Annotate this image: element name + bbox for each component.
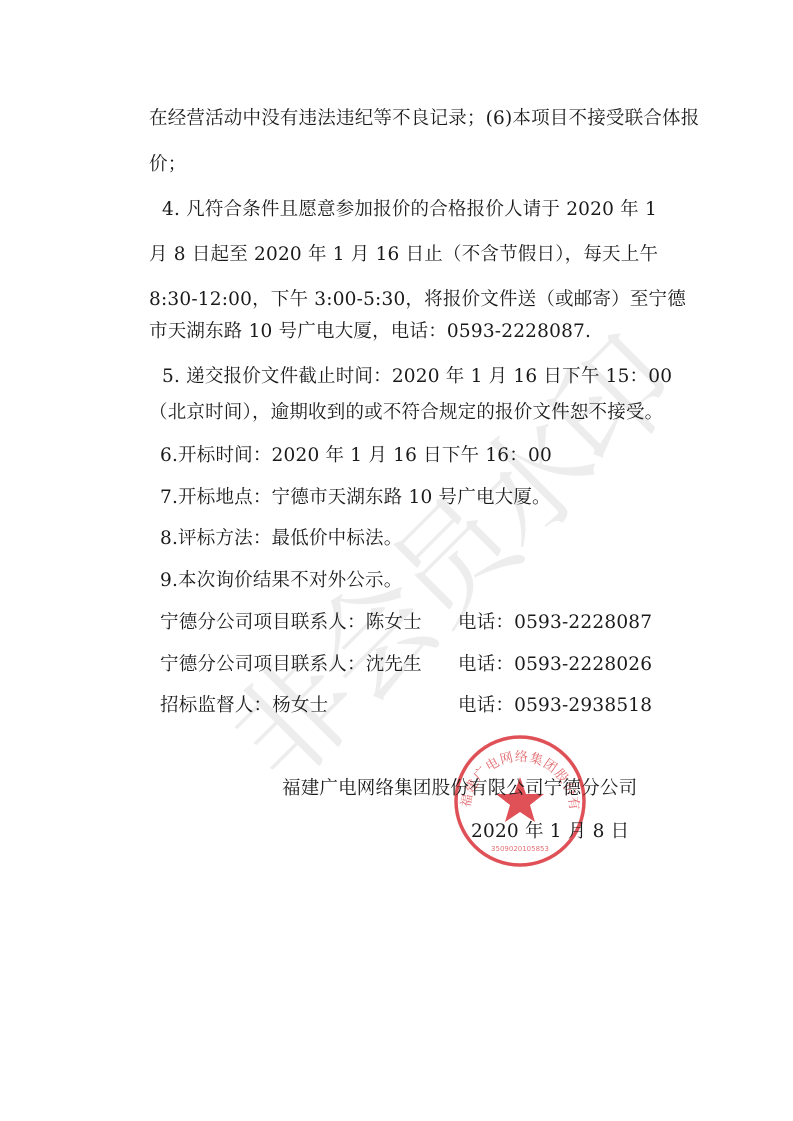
contact-phone: 电话：0593-2938518 xyxy=(458,694,652,718)
text-line: 6.开标时间：2020 年 1 月 16 日下午 16：00 xyxy=(160,444,552,468)
text-line: 4. 凡符合条件且愿意参加报价的合格报价人请于 2020 年 1 xyxy=(162,198,657,222)
text-line: 8.评标方法：最低价中标法。 xyxy=(160,527,402,551)
text-line: 7.开标地点：宁德市天湖东路 10 号广电大厦。 xyxy=(160,486,551,510)
contact-phone: 电话：0593-2228087 xyxy=(458,611,652,635)
text-line: 8:30-12:00，下午 3:00-5:30，将报价文件送（或邮寄）至宁德 xyxy=(149,288,686,312)
official-seal-icon: 福建广电网络集团股份有限公司宁德分公司 3509020105853 xyxy=(452,733,588,869)
seal-code: 3509020105853 xyxy=(491,845,549,853)
text-line: 市天湖东路 10 号广电大厦，电话：0593-2228087. xyxy=(149,320,591,344)
text-line: （北京时间），逾期收到的或不符合规定的报价文件恕不接受。 xyxy=(149,401,663,425)
text-line: 在经营活动中没有违法违纪等不良记录；(6)本项目不接受联合体报 xyxy=(149,107,699,131)
signature-date: 2020 年 1 月 8 日 xyxy=(471,820,629,844)
contact-phone: 电话：0593-2228026 xyxy=(458,653,652,677)
contact-label: 宁德分公司项目联系人：陈女士 xyxy=(160,611,422,635)
signature-company: 福建广电网络集团股份有限公司宁德分公司 xyxy=(282,777,637,801)
contact-label: 招标监督人：杨女士 xyxy=(160,694,328,718)
contact-label: 宁德分公司项目联系人：沈先生 xyxy=(160,653,422,677)
text-line: 价； xyxy=(149,153,186,177)
text-line: 5. 递交报价文件截止时间：2020 年 1 月 16 日下午 15：00 xyxy=(162,365,672,389)
document-page: 非会员水印 在经营活动中没有违法违纪等不良记录；(6)本项目不接受联合体报 价；… xyxy=(0,0,793,1121)
text-line: 月 8 日起至 2020 年 1 月 16 日止（不含节假日），每天上午 xyxy=(149,243,658,267)
text-line: 9.本次询价结果不对外公示。 xyxy=(160,569,402,593)
